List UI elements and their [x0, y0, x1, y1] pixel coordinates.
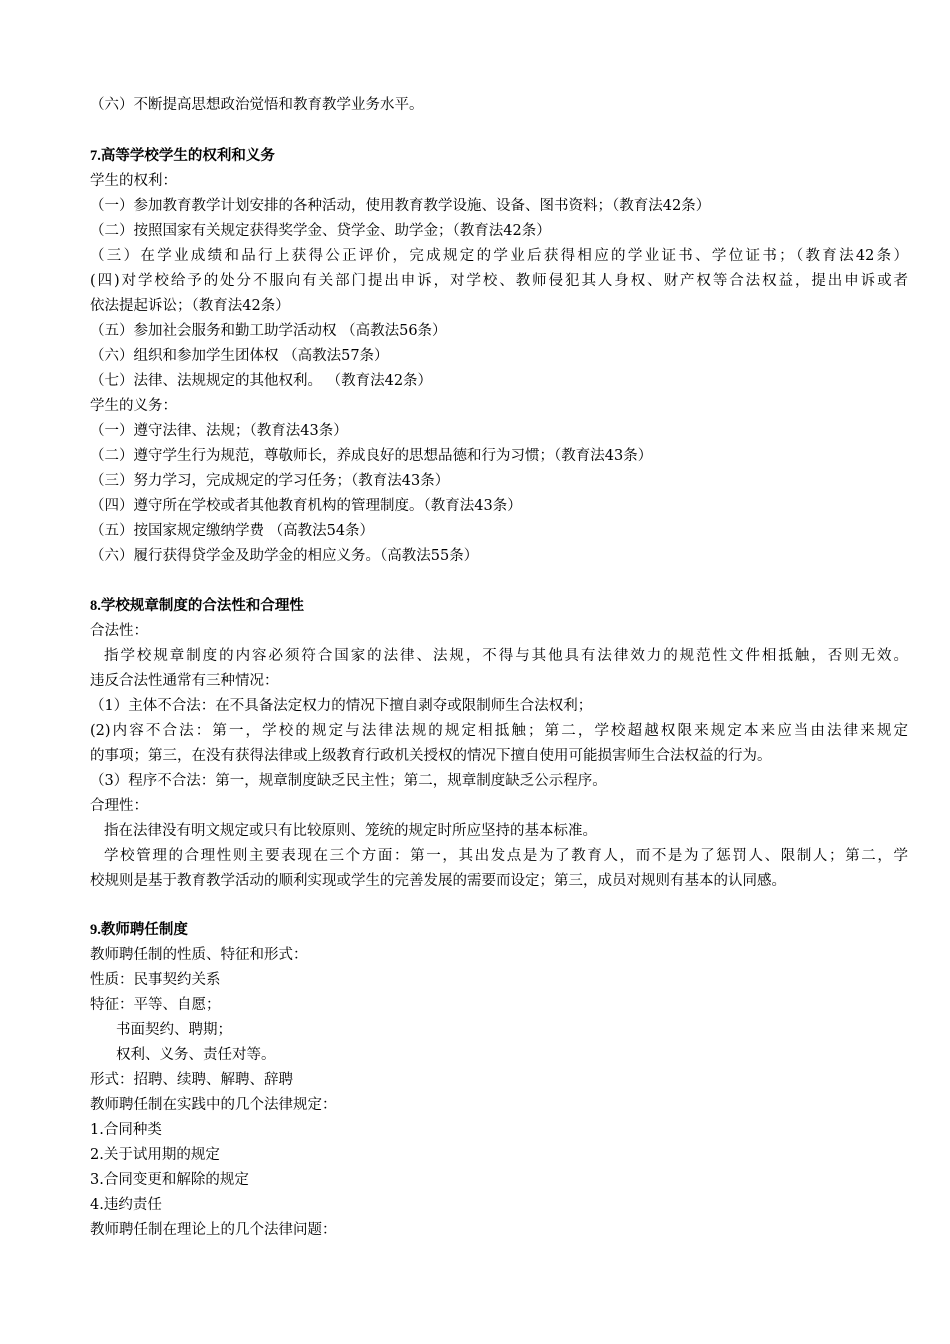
duties-item: （二）遵守学生行为规范，尊敬师长，养成良好的思想品德和行为习惯；（教育法43条）: [90, 444, 652, 469]
section-heading-9: 9.教师聘任制度: [90, 918, 188, 943]
duties-item: （一）遵守法律、法规；（教育法43条）: [90, 419, 348, 444]
legality-case-continued: 的事项；第三，在没有获得法律或上级教育行政机关授权的情况下擅自使用可能损害师生合…: [90, 744, 772, 769]
legality-case: （1）主体不合法：在不具备法定权力的情况下擅自剥夺或限制师生合法权利；: [90, 694, 592, 719]
paragraph-indented: 权利、义务、责任对等。: [90, 1043, 276, 1068]
paragraph: 教师聘任制的性质、特征和形式：: [90, 943, 308, 968]
rights-label: 学生的权利：: [90, 169, 177, 194]
duties-item: （三）努力学习，完成规定的学习任务；（教育法43条）: [90, 469, 449, 494]
rights-item: (四)对学校给予的处分不服向有关部门提出申诉，对学校、教师侵犯其人身权、财产权等…: [90, 269, 908, 294]
legality-case: （3）程序不合法：第一，规章制度缺乏民主性；第二，规章制度缺乏公示程序。: [90, 769, 607, 794]
paragraph-indented: 书面契约、聘期；: [90, 1018, 232, 1043]
legality-label: 合法性：: [90, 619, 148, 644]
rights-item-continued: 依法提起诉讼；（教育法42条）: [90, 294, 290, 319]
duties-item: （五）按国家规定缴纳学费 （高教法54条）: [90, 519, 374, 544]
paragraph: 特征：平等、自愿；: [90, 993, 221, 1018]
duties-label: 学生的义务：: [90, 394, 177, 419]
rights-item: （五）参加社会服务和勤工助学活动权 （高教法56条）: [90, 319, 447, 344]
section-heading-7: 7.高等学校学生的权利和义务: [90, 144, 275, 169]
duties-item: （四）遵守所在学校或者其他教育机构的管理制度。（教育法43条）: [90, 494, 522, 519]
rights-item: （七）法律、法规规定的其他权利。 （教育法42条）: [90, 369, 432, 394]
rationality-text-continued: 校规则是基于教育教学活动的顺利实现或学生的完善发展的需要而设定；第三，成员对规则…: [90, 869, 786, 894]
legality-text: 违反合法性通常有三种情况：: [90, 669, 279, 694]
paragraph: 教师聘任制在实践中的几个法律规定：: [90, 1093, 337, 1118]
rights-item: （六）组织和参加学生团体权 （高教法57条）: [90, 344, 389, 369]
paragraph: 教师聘任制在理论上的几个法律问题：: [90, 1218, 337, 1243]
list-item: 4.违约责任: [90, 1193, 162, 1218]
rights-item: （二）按照国家有关规定获得奖学金、贷学金、助学金；（教育法42条）: [90, 219, 551, 244]
paragraph: （六）不断提高思想政治觉悟和教育教学业务水平。: [90, 93, 424, 118]
rights-item: （三）在学业成绩和品行上获得公正评价，完成规定的学业后获得相应的学业证书、学位证…: [90, 244, 908, 269]
duties-item: （六）履行获得贷学金及助学金的相应义务。（高教法55条）: [90, 544, 478, 569]
rationality-definition: 指在法律没有明文规定或只有比较原则、笼统的规定时所应坚持的基本标准。: [90, 819, 597, 844]
paragraph: 形式：招聘、续聘、解聘、辞聘: [90, 1068, 293, 1093]
list-item: 3.合同变更和解除的规定: [90, 1168, 249, 1193]
list-item: 1.合同种类: [90, 1118, 162, 1143]
list-item: 2.关于试用期的规定: [90, 1143, 220, 1168]
legality-definition: 指学校规章制度的内容必须符合国家的法律、法规，不得与其他具有法律效力的规范性文件…: [90, 644, 908, 669]
paragraph: 性质：民事契约关系: [90, 968, 221, 993]
legality-case: (2)内容不合法：第一，学校的规定与法律法规的规定相抵触；第二，学校超越权限来规…: [90, 719, 908, 744]
rights-item: （一）参加教育教学计划安排的各种活动，使用教育教学设施、设备、图书资料；（教育法…: [90, 194, 710, 219]
section-heading-8: 8.学校规章制度的合法性和合理性: [90, 594, 304, 619]
rationality-label: 合理性：: [90, 794, 148, 819]
rationality-text: 学校管理的合理性则主要表现在三个方面：第一，其出发点是为了教育人，而不是为了惩罚…: [90, 844, 908, 869]
